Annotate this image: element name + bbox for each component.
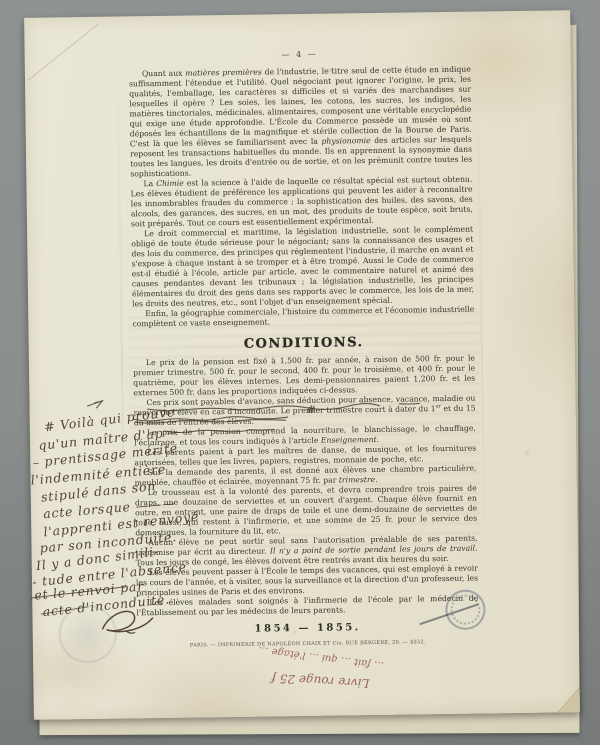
paragraph-prix-pension: Le prix de la pension est fixé à 1,500 f… — [133, 354, 476, 399]
inverted-red-note-line: Livre rouge 25 f — [271, 671, 370, 690]
corner-crease — [28, 23, 99, 80]
paper-sheet: — 4 — Quant aux matières premières de l'… — [24, 10, 580, 720]
conditions-heading: CONDITIONS. — [133, 334, 475, 354]
printer-imprint: PARIS. — IMPRIMERIE DE NAPOLÉON CHAIX ET… — [137, 639, 479, 650]
paragraph-sorties: Aucun élève ne peut sortir seul sans l'a… — [135, 534, 477, 569]
printed-text-column: — 4 — Quant aux matières premières de l'… — [129, 48, 479, 650]
paragraph-chimie: La Chimie est la science à l'aide de laq… — [130, 175, 473, 230]
page-number: — 4 — — [129, 48, 471, 62]
paragraph-prix-payables: Ces prix sont payables d'avance, sans dé… — [133, 394, 475, 429]
inverted-red-note-line: … fait … qui … l'étage … — [258, 644, 385, 671]
paragraph-droit-commercial: Le droit commercial et maritime, la légi… — [131, 225, 474, 310]
marginalia-line: et le renvoi par — [34, 578, 145, 602]
bottom-left-fold — [33, 667, 104, 720]
paragraph-trousseau: Le trousseau est à la volonté des parent… — [135, 484, 478, 539]
paragraph-infirmerie: Les élèves malades sont soignés à l'infi… — [136, 594, 478, 619]
school-year: 1854 — 1855. — [137, 621, 479, 637]
paragraph-vacances: Les élèves peuvent passer à l'École le t… — [136, 564, 478, 599]
faint-circular-stamp — [58, 605, 117, 664]
paragraph-geographie: Enfin, la géographie commerciale, l'hist… — [132, 305, 474, 330]
bottom-right-dogear — [523, 662, 580, 713]
paragraph-matieres-premieres: Quant aux matières premières de l'indust… — [129, 65, 473, 180]
